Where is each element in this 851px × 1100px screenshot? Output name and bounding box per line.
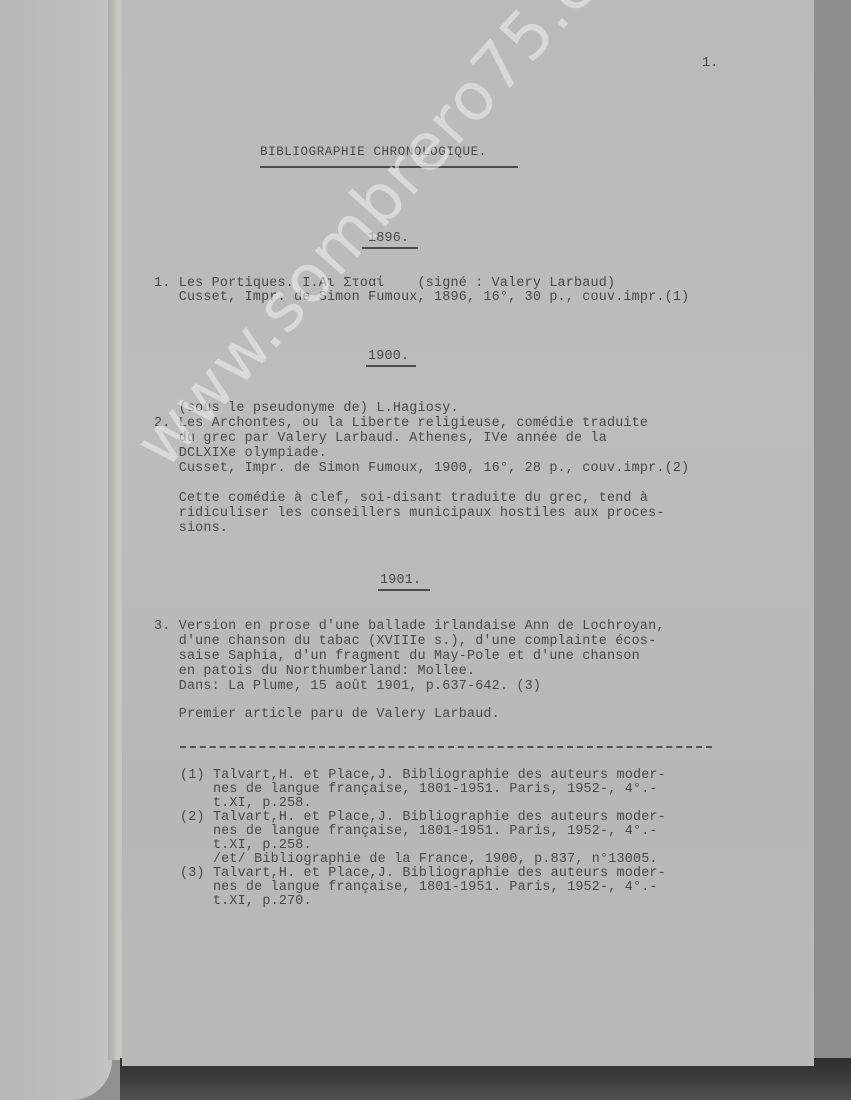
section-year-1901: 1901. bbox=[380, 573, 421, 588]
footnote-1-line-3: t.XI, p.258. bbox=[180, 796, 312, 811]
footnote-2-line-4: /et/ Bibliographie de la France, 1900, p… bbox=[180, 852, 658, 867]
title-underline bbox=[260, 166, 518, 168]
document-page: 1. BIBLIOGRAPHIE CHRONOLOGIQUE. 1896. 1.… bbox=[122, 0, 814, 1066]
entry-2-note-line-1: Cette comédie à clef, soi-disant traduit… bbox=[154, 491, 648, 506]
entry-1-line-1: 1. Les Portiques. I.Αι Στοαί (signé : Va… bbox=[154, 276, 615, 291]
year-underline bbox=[366, 365, 416, 367]
entry-3-line-4: en patois du Northumberland: Mollee. bbox=[154, 664, 475, 679]
year-underline bbox=[362, 247, 418, 249]
entry-3-line-5: Dans: La Plume, 15 août 1901, p.637-642.… bbox=[154, 679, 541, 694]
entry-3-note-line-1: Premier article paru de Valery Larbaud. bbox=[154, 707, 500, 722]
footnote-2-line-1: (2) Talvart,H. et Place,J. Bibliographie… bbox=[180, 810, 666, 825]
footnote-separator bbox=[180, 746, 712, 748]
entry-2-note-line-2: ridiculiser les conseillers municipaux h… bbox=[154, 506, 665, 521]
footnote-3-line-1: (3) Talvart,H. et Place,J. Bibliographie… bbox=[180, 866, 666, 881]
page-number: 1. bbox=[702, 56, 718, 71]
section-year-1900: 1900. bbox=[368, 349, 409, 364]
footnote-1-line-1: (1) Talvart,H. et Place,J. Bibliographie… bbox=[180, 768, 666, 783]
entry-3-line-3: saise Saphia, d'un fragment du May-Pole … bbox=[154, 649, 640, 664]
entry-2-line-3: du grec par Valery Larbaud. Athenes, IVe… bbox=[154, 431, 607, 446]
footnote-2-line-3: t.XI, p.258. bbox=[180, 838, 312, 853]
entry-1-line-2: Cusset, Impr. de Simon Fumoux, 1896, 16°… bbox=[154, 290, 689, 305]
section-year-1896: 1896. bbox=[368, 231, 409, 246]
entry-2-line-2: 2. Les Archontes, ou la Liberte religieu… bbox=[154, 416, 648, 431]
entry-2-line-5: Cusset, Impr. de Simon Fumoux, 1900, 16°… bbox=[154, 461, 689, 476]
entry-3-line-2: d'une chanson du tabac (XVIIIe s.), d'un… bbox=[154, 634, 656, 649]
entry-3-line-1: 3. Version en prose d'une ballade irland… bbox=[154, 619, 665, 634]
entry-2-note-line-3: sions. bbox=[154, 521, 228, 536]
year-underline bbox=[378, 589, 430, 591]
footnote-3-line-2: nes de langue française, 1801-1951. Pari… bbox=[180, 880, 658, 895]
entry-2-line-1: (sous le pseudonyme de) L.Hagiosy. bbox=[154, 401, 459, 416]
entry-2-line-4: DCLXIXe olympiade. bbox=[154, 446, 327, 461]
footnote-2-line-2: nes de langue française, 1801-1951. Pari… bbox=[180, 824, 658, 839]
facing-page bbox=[0, 0, 112, 1100]
footnote-3-line-3: t.XI, p.270. bbox=[180, 894, 312, 909]
page-title: BIBLIOGRAPHIE CHRONOLOGIQUE. bbox=[260, 145, 487, 160]
background-surface bbox=[810, 0, 851, 1100]
footnote-1-line-2: nes de langue française, 1801-1951. Pari… bbox=[180, 782, 658, 797]
